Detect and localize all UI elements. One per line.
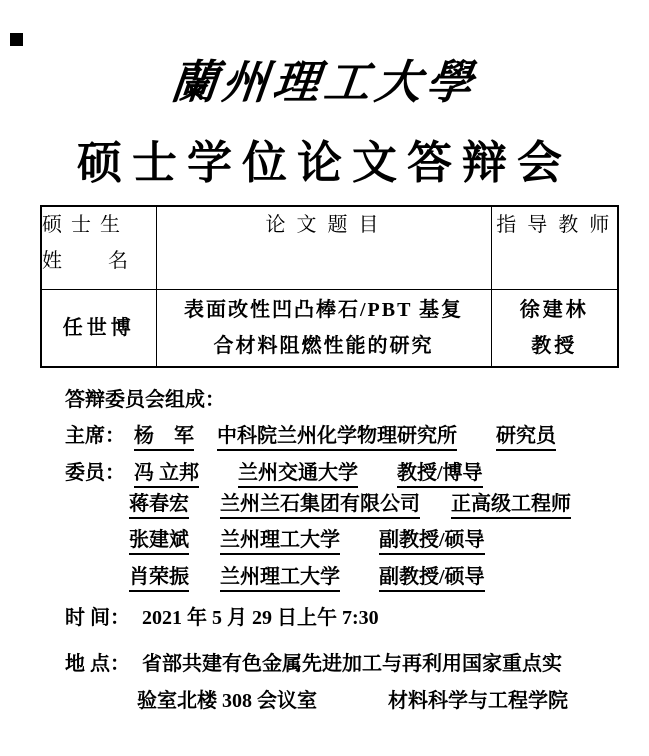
place-value-line2: 验室北楼 308 会议室 [137, 690, 317, 712]
committee-member-line-2: 蒋春宏 兰州兰石集团有限公司 正高级工程师 [129, 492, 571, 519]
university-calligraphy-logo: 蘭州理工大學 [0, 46, 649, 112]
place-value-line1: 省部共建有色金属先进加工与再利用国家重点实 [142, 653, 562, 675]
member-org: 兰州兰石集团有限公司 [220, 492, 420, 519]
advisor-title: 教授 [492, 328, 618, 364]
member-name: 肖荣振 [129, 565, 189, 592]
defense-announcement-page: 蘭州理工大學 硕士学位论文答辩会 硕 士 生 姓 名 论 文 题 目 指 导 教… [0, 0, 649, 756]
table-header-row: 硕 士 生 姓 名 论 文 题 目 指 导 教 师 [41, 206, 618, 290]
committee-member-line-1: 委员： 冯 立邦 兰州交通大学 教授/博导 [65, 456, 483, 488]
committee-chair-line: 主席： 杨 军 中科院兰州化学物理研究所 研究员 [65, 419, 556, 451]
member-title: 正高级工程师 [451, 492, 571, 519]
member-name: 张建斌 [129, 528, 189, 555]
student-name-header: 硕 士 生 姓 名 [41, 206, 156, 290]
member-label: 委员： [65, 456, 129, 485]
student-header-line2: 姓 名 [42, 243, 156, 279]
chair-title: 研究员 [496, 424, 556, 451]
member-title: 副教授/硕导 [379, 565, 485, 592]
thesis-title-value: 表面改性凹凸棒石/PBT 基复 合材料阻燃性能的研究 [156, 290, 491, 368]
page-title: 硕士学位论文答辩会 [0, 126, 649, 191]
chair-name: 杨 军 [134, 424, 194, 451]
time-line: 时 间： 2021 年 5 月 29 日上午 7:30 [65, 601, 379, 630]
committee-member-line-3: 张建斌 兰州理工大学 副教授/硕导 [129, 528, 485, 555]
member-org: 兰州理工大学 [220, 528, 340, 555]
advisor-header: 指 导 教 师 [491, 206, 618, 290]
member-name: 蒋春宏 [129, 492, 189, 519]
committee-member-line-4: 肖荣振 兰州理工大学 副教授/硕导 [129, 565, 485, 592]
chair-label: 主席： [65, 419, 129, 448]
place-department: 材料科学与工程学院 [388, 690, 568, 712]
defense-info-table: 硕 士 生 姓 名 论 文 题 目 指 导 教 师 任世博 表面改性凹凸棒石/P… [40, 205, 619, 368]
thesis-title-line1: 表面改性凹凸棒石/PBT 基复 [157, 292, 491, 328]
student-header-line1: 硕 士 生 [42, 207, 156, 243]
place-line-1: 地 点： 省部共建有色金属先进加工与再利用国家重点实 [65, 647, 562, 676]
time-label: 时 间： [65, 601, 137, 630]
advisor-value: 徐建林 教授 [491, 290, 618, 368]
thesis-title-line2: 合材料阻燃性能的研究 [157, 328, 491, 364]
place-line-2: 验室北楼 308 会议室 材料科学与工程学院 [137, 684, 568, 713]
member-title: 副教授/硕导 [379, 528, 485, 555]
thesis-title-header: 论 文 题 目 [156, 206, 491, 290]
table-data-row: 任世博 表面改性凹凸棒石/PBT 基复 合材料阻燃性能的研究 徐建林 教授 [41, 290, 618, 368]
place-label: 地 点： [65, 647, 137, 676]
chair-org: 中科院兰州化学物理研究所 [217, 424, 457, 451]
member-title: 教授/博导 [397, 461, 483, 488]
member-name: 冯 立邦 [134, 461, 199, 488]
time-value: 2021 年 5 月 29 日上午 7:30 [142, 607, 379, 629]
committee-heading: 答辩委员会组成： [65, 383, 225, 412]
corner-mark-square [10, 33, 23, 46]
member-org: 兰州理工大学 [220, 565, 340, 592]
advisor-name: 徐建林 [492, 292, 618, 328]
member-org: 兰州交通大学 [238, 461, 358, 488]
student-name-value: 任世博 [41, 290, 156, 368]
